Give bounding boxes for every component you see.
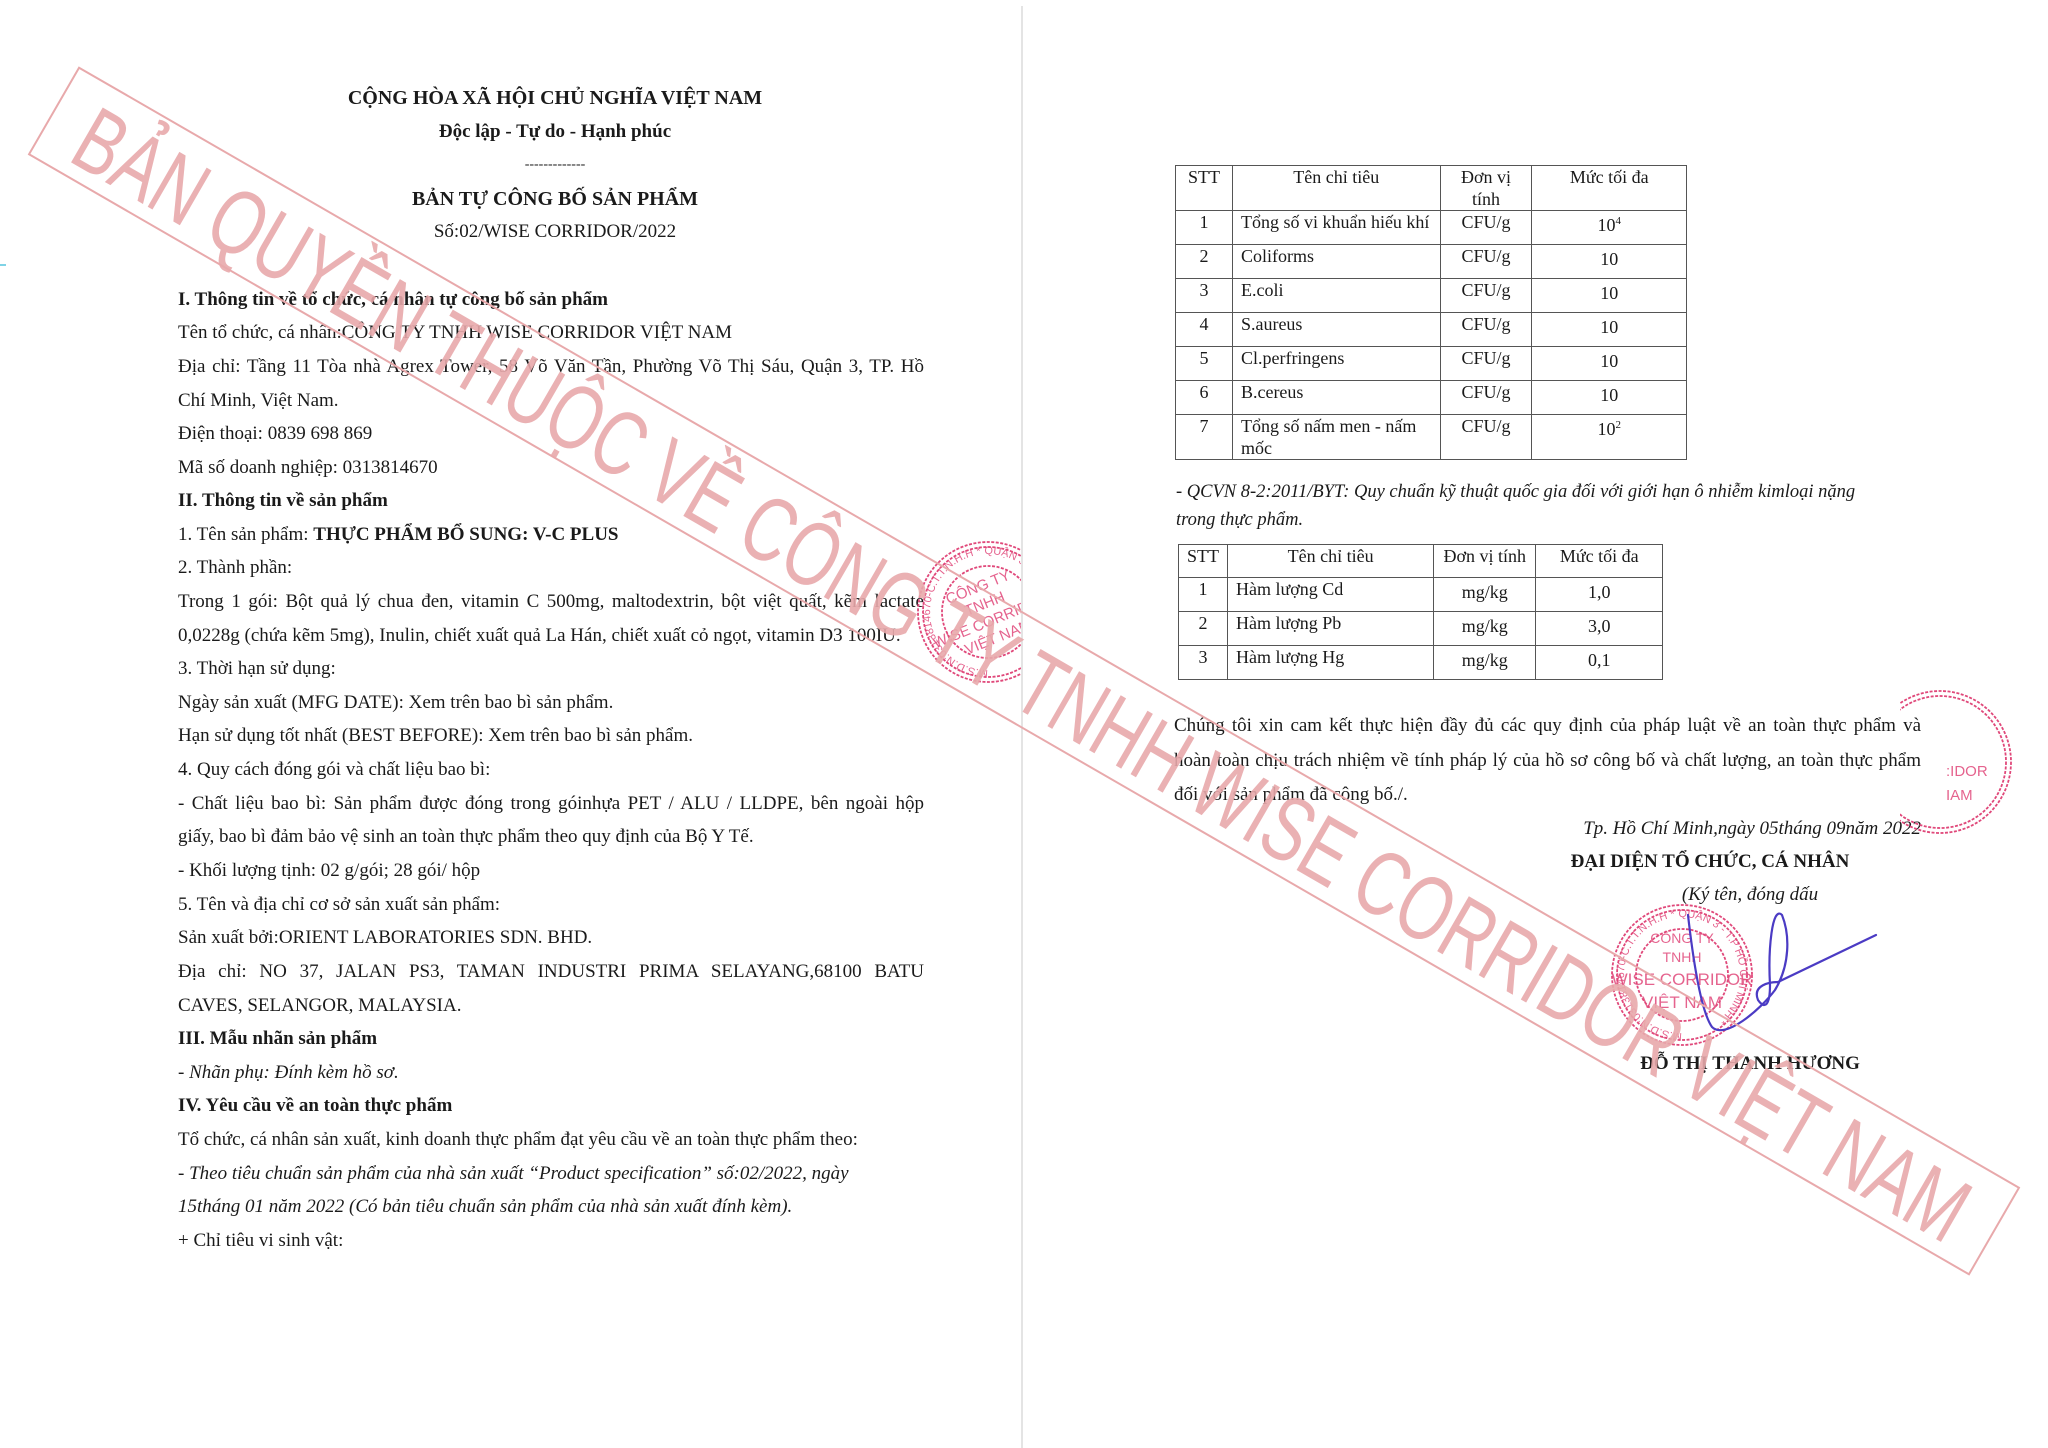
cell-stt: 2 xyxy=(1179,612,1228,646)
org-address-line1: Địa chỉ: Tầng 11 Tòa nhà Agrex Tower, 58… xyxy=(178,355,924,379)
cell-stt: 3 xyxy=(1176,279,1233,313)
cell-max: 10 xyxy=(1532,347,1687,381)
max-exponent: 2 xyxy=(1615,419,1621,431)
document-title: BẢN TỰ CÔNG BỐ SẢN PHẨM xyxy=(0,187,1110,211)
packaging-label: 4. Quy cách đóng gói và chất liệu bao bì… xyxy=(178,758,490,782)
cell-name: Hàm lượng Pb xyxy=(1228,612,1434,646)
ingredients-line1: Trong 1 gói: Bột quả lý chua đen, vitami… xyxy=(178,590,924,614)
cell-stt: 2 xyxy=(1176,245,1233,279)
cell-unit: mg/kg xyxy=(1434,646,1536,680)
cell-unit: CFU/g xyxy=(1440,279,1532,313)
cell-max: 10 xyxy=(1532,313,1687,347)
best-before: Hạn sử dụng tốt nhất (BEST BEFORE): Xem … xyxy=(178,724,693,748)
max-base: 10 xyxy=(1600,317,1618,337)
section2-heading: II. Thông tin về sản phẩm xyxy=(178,489,388,513)
representative-title: ĐẠI DIỆN TỔ CHỨC, CÁ NHÂN xyxy=(1560,850,1860,874)
cell-name: Coliforms xyxy=(1232,245,1440,279)
document-number: Số:02/WISE CORRIDOR/2022 xyxy=(0,220,1110,244)
table-row: 6B.cereusCFU/g10 xyxy=(1176,381,1687,415)
cell-max: 10 xyxy=(1532,245,1687,279)
cell-max: 102 xyxy=(1532,415,1687,460)
org-phone: Điện thoại: 0839 698 869 xyxy=(178,422,372,446)
table-row: 3Hàm lượng Hgmg/kg0,1 xyxy=(1179,646,1663,680)
motto: Độc lập - Tự do - Hạnh phúc xyxy=(0,120,1110,144)
cell-name: S.aureus xyxy=(1232,313,1440,347)
product-label: 1. Tên sản phẩm: xyxy=(178,524,313,545)
cell-unit: CFU/g xyxy=(1440,211,1532,245)
cell-max: 3,0 xyxy=(1536,612,1663,646)
table-header-row: STT Tên chỉ tiêu Đơn vị tính Mức tối đa xyxy=(1176,166,1687,211)
manufacturer-name: Sản xuất bởi:ORIENT LABORATORIES SDN. BH… xyxy=(178,926,592,950)
micro-label: + Chỉ tiêu vi sinh vật: xyxy=(178,1229,343,1253)
cell-max: 104 xyxy=(1532,211,1687,245)
commitment-line3: đối với sản phẩm đã công bố./. xyxy=(1174,783,1408,807)
place-date: Tp. Hồ Chí Minh,ngày 05tháng 09năm 2022 xyxy=(1440,817,1921,841)
org-name: Tên tổ chức, cá nhân:CÔNG TY TNHH WISE C… xyxy=(178,321,732,345)
manufacturer-address1: Địa chỉ: NO 37, JALAN PS3, TAMAN INDUSTR… xyxy=(178,960,924,984)
table-row: 2ColiformsCFU/g10 xyxy=(1176,245,1687,279)
max-base: 10 xyxy=(1600,283,1618,303)
max-base: 10 xyxy=(1597,419,1615,439)
cell-stt: 3 xyxy=(1179,646,1228,680)
header-name: Tên chỉ tiêu xyxy=(1232,166,1440,211)
metal-regulation-line2: trong thực phẩm. xyxy=(1176,508,1303,532)
cell-max: 1,0 xyxy=(1536,578,1663,612)
ingredients-line2: 0,0228g (chứa kẽm 5mg), Inulin, chiết xu… xyxy=(178,624,901,648)
cell-unit: CFU/g xyxy=(1440,381,1532,415)
signer-name: ĐỖ THỊ THANH HƯƠNG xyxy=(1600,1052,1900,1076)
cell-name: Tổng số vi khuẩn hiếu khí xyxy=(1232,211,1440,245)
cell-name: Cl.perfringens xyxy=(1232,347,1440,381)
label-note: - Nhãn phụ: Đính kèm hồ sơ. xyxy=(178,1061,399,1085)
spec-line1: - Theo tiêu chuẩn sản phẩm của nhà sản x… xyxy=(178,1162,849,1186)
cell-stt: 5 xyxy=(1176,347,1233,381)
org-address-line2: Chí Minh, Việt Nam. xyxy=(178,389,339,413)
header-separator: ------------- xyxy=(0,153,1110,177)
product-name: THỰC PHẨM BỔ SUNG: V-C PLUS xyxy=(313,524,618,545)
mfg-date: Ngày sản xuất (MFG DATE): Xem trên bao b… xyxy=(178,691,613,715)
cell-stt: 6 xyxy=(1176,381,1233,415)
cell-name: Hàm lượng Hg xyxy=(1228,646,1434,680)
packaging-line2: giấy, bao bì đảm bảo vệ sinh an toàn thự… xyxy=(178,825,754,849)
max-base: 10 xyxy=(1600,249,1618,269)
manufacturer-address2: CAVES, SELANGOR, MALAYSIA. xyxy=(178,994,461,1018)
shelf-life-label: 3. Thời hạn sử dụng: xyxy=(178,657,336,681)
cell-unit: mg/kg xyxy=(1434,578,1536,612)
section4-heading: IV. Yêu cầu về an toàn thực phẩm xyxy=(178,1094,452,1118)
cell-stt: 1 xyxy=(1179,578,1228,612)
org-tax-code: Mã số doanh nghiệp: 0313814670 xyxy=(178,456,438,480)
net-weight: - Khối lượng tịnh: 02 g/gói; 28 gói/ hộp xyxy=(178,859,480,883)
packaging-line1: - Chất liệu bao bì: Sản phẩm được đóng t… xyxy=(178,792,924,816)
cell-max: 0,1 xyxy=(1536,646,1663,680)
page-left: CỘNG HÒA XÃ HỘI CHỦ NGHĨA VIỆT NAM Độc l… xyxy=(0,0,1021,1448)
cell-name: B.cereus xyxy=(1232,381,1440,415)
metal-regulation-line1: - QCVN 8-2:2011/BYT: Quy chuẩn kỹ thuật … xyxy=(1176,480,1855,504)
spec-line2: 15tháng 01 năm 2022 (Có bản tiêu chuẩn s… xyxy=(178,1195,792,1219)
cell-stt: 1 xyxy=(1176,211,1233,245)
commitment-line2: hoàn toàn chịu trách nhiệm về tính pháp … xyxy=(1174,749,1921,773)
header-stt: STT xyxy=(1179,545,1228,578)
product-name-line: 1. Tên sản phẩm: THỰC PHẨM BỔ SUNG: V-C … xyxy=(178,523,619,547)
max-base: 10 xyxy=(1600,385,1618,405)
max-base: 10 xyxy=(1600,351,1618,371)
cell-unit: CFU/g xyxy=(1440,415,1532,460)
cell-stt: 7 xyxy=(1176,415,1233,460)
max-base: 10 xyxy=(1597,215,1615,235)
cell-name: Tổng số nấm men - nấm mốc xyxy=(1232,415,1440,460)
table-row: 1Tổng số vi khuẩn hiếu khíCFU/g104 xyxy=(1176,211,1687,245)
ingredients-label: 2. Thành phần: xyxy=(178,556,292,580)
cell-unit: CFU/g xyxy=(1440,347,1532,381)
cell-max: 10 xyxy=(1532,279,1687,313)
table-row: 2Hàm lượng Pbmg/kg3,0 xyxy=(1179,612,1663,646)
sign-instruction: (Ký tên, đóng dấu xyxy=(1640,883,1860,907)
header-max: Mức tối đa xyxy=(1532,166,1687,211)
cell-name: Hàm lượng Cd xyxy=(1228,578,1434,612)
cell-unit: CFU/g xyxy=(1440,245,1532,279)
cell-max: 10 xyxy=(1532,381,1687,415)
table-row: 4S.aureusCFU/g10 xyxy=(1176,313,1687,347)
header-max: Mức tối đa xyxy=(1536,545,1663,578)
table-row: 7Tổng số nấm men - nấm mốcCFU/g102 xyxy=(1176,415,1687,460)
table-header-row: STT Tên chỉ tiêu Đơn vị tính Mức tối đa xyxy=(1179,545,1663,578)
cell-stt: 4 xyxy=(1176,313,1233,347)
cell-unit: mg/kg xyxy=(1434,612,1536,646)
commitment-line1: Chúng tôi xin cam kết thực hiện đầy đủ c… xyxy=(1174,714,1921,738)
heavy-metal-table: STT Tên chỉ tiêu Đơn vị tính Mức tối đa … xyxy=(1178,544,1663,680)
republic-heading: CỘNG HÒA XÃ HỘI CHỦ NGHĨA VIỆT NAM xyxy=(0,86,1110,110)
header-unit: Đơn vị tính xyxy=(1434,545,1536,578)
header-stt: STT xyxy=(1176,166,1233,211)
section3-heading: III. Mẫu nhãn sản phẩm xyxy=(178,1027,377,1051)
header-unit: Đơn vị tính xyxy=(1440,166,1532,211)
max-exponent: 4 xyxy=(1615,215,1621,227)
cell-name: E.coli xyxy=(1232,279,1440,313)
safety-intro: Tổ chức, cá nhân sản xuất, kinh doanh th… xyxy=(178,1128,858,1152)
manufacturer-label: 5. Tên và địa chỉ cơ sở sản xuất sản phẩ… xyxy=(178,893,500,917)
section1-heading: I. Thông tin về tổ chức, cá nhân tự công… xyxy=(178,288,608,312)
table-row: 1Hàm lượng Cdmg/kg1,0 xyxy=(1179,578,1663,612)
cell-unit: CFU/g xyxy=(1440,313,1532,347)
header-name: Tên chỉ tiêu xyxy=(1228,545,1434,578)
table-row: 3E.coliCFU/g10 xyxy=(1176,279,1687,313)
microbiological-table: STT Tên chỉ tiêu Đơn vị tính Mức tối đa … xyxy=(1175,165,1687,460)
table-row: 5Cl.perfringensCFU/g10 xyxy=(1176,347,1687,381)
